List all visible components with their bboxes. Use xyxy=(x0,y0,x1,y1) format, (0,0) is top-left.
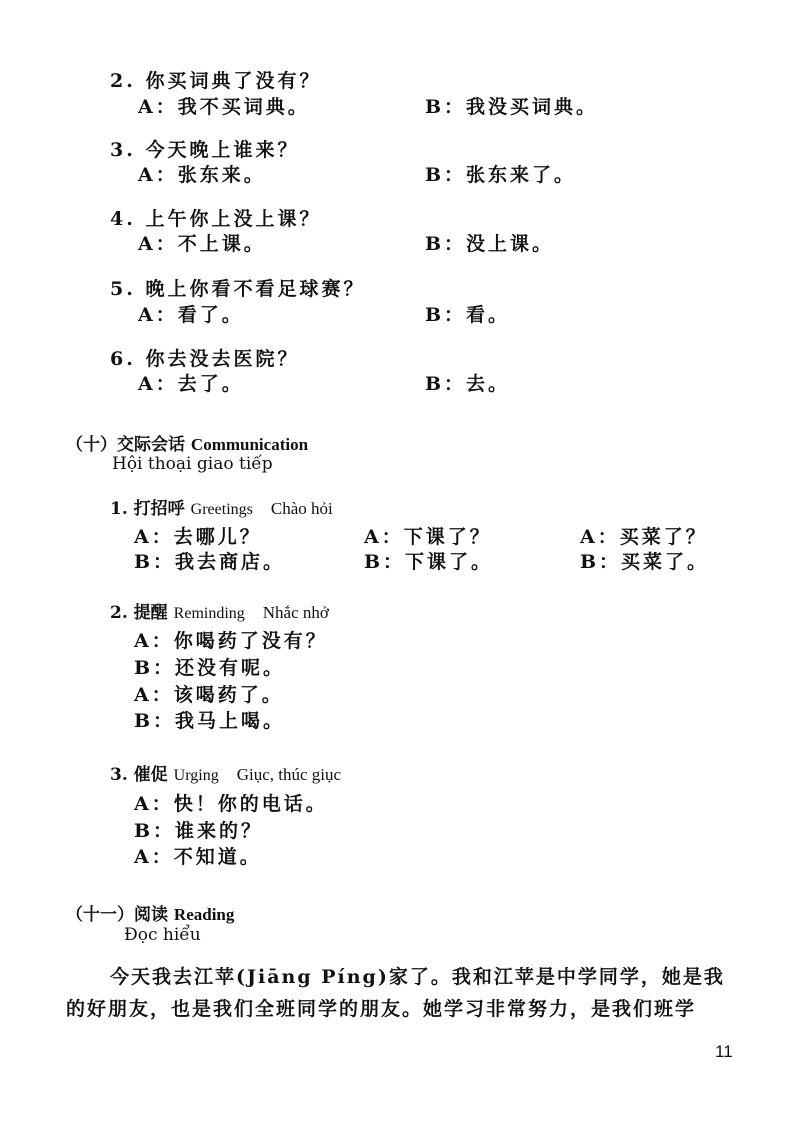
exercise-question: 3. 今天晚上谁来？ xyxy=(110,135,299,162)
answer-a: A：张东来。 xyxy=(138,160,266,187)
answer-a: A：看了。 xyxy=(138,300,244,327)
subtitle-vi: Giục, thúc giục xyxy=(237,765,341,784)
urging-line: A：快！你的电话。 xyxy=(134,789,328,816)
section-heading-vi: Hội thoại giao tiếp xyxy=(112,454,273,474)
subsection-greetings-title: 1. 打招呼GreetingsChào hỏi xyxy=(110,494,333,519)
exercise-question: 6. 你去没去医院？ xyxy=(110,344,299,371)
subtitle-en: Reminding xyxy=(174,605,245,622)
section-heading: （十）交际会话 Communication xyxy=(66,430,308,455)
greeting-2-a: A：下课了？ xyxy=(364,522,492,549)
exercise-question: 4. 上午你上没上课？ xyxy=(110,204,321,231)
subsection-reminding-title: 2. 提醒RemindingNhắc nhở xyxy=(110,598,329,623)
section-heading-en: Communication xyxy=(191,435,308,454)
exercise-question: 2. 你买词典了没有？ xyxy=(110,66,321,93)
greeting-2-b: B：下课了。 xyxy=(364,547,493,574)
subtitle-en: Urging xyxy=(174,767,219,784)
section-heading-cn: （十一）阅读 xyxy=(66,905,168,925)
subtitle-cn: 3. 催促 xyxy=(110,765,168,785)
section-heading-cn: （十）交际会话 xyxy=(66,435,185,455)
subtitle-cn: 1. 打招呼 xyxy=(110,499,185,519)
answer-b: B：张东来了。 xyxy=(425,160,576,187)
reminding-line: B：我马上喝。 xyxy=(134,706,285,733)
subtitle-cn: 2. 提醒 xyxy=(110,603,168,623)
subsection-urging-title: 3. 催促UrgingGiục, thúc giục xyxy=(110,760,341,785)
reading-paragraph-line: 今天我去江苹(Jiāng Píng)家了。我和江苹是中学同学，她是我 xyxy=(110,962,725,989)
answer-a: A：不上课。 xyxy=(138,229,266,256)
exercise-question: 5. 晚上你看不看足球赛？ xyxy=(110,274,365,301)
answer-b: B：看。 xyxy=(425,300,510,327)
greeting-3-b: B：买菜了。 xyxy=(580,547,709,574)
page-number: 11 xyxy=(715,1042,733,1062)
reminding-line: A：该喝药了。 xyxy=(134,680,284,707)
greeting-3-a: A：买菜了？ xyxy=(580,522,708,549)
section-heading-en: Reading xyxy=(174,905,234,924)
answer-a: A：我不买词典。 xyxy=(138,92,310,119)
answer-b: B：我没买词典。 xyxy=(425,92,598,119)
greeting-1-a: A：去哪儿？ xyxy=(134,522,262,549)
reading-paragraph-line: 的好朋友，也是我们全班同学的朋友。她学习非常努力，是我们班学 xyxy=(66,994,696,1021)
section-heading-vi: Đọc hiểu xyxy=(124,925,201,945)
greeting-1-b: B：我去商店。 xyxy=(134,547,285,574)
reminding-line: A：你喝药了没有？ xyxy=(134,626,328,653)
answer-a: A：去了。 xyxy=(138,369,244,396)
subtitle-vi: Nhắc nhở xyxy=(263,603,329,622)
reminding-line: B：还没有呢。 xyxy=(134,653,285,680)
section-heading: （十一）阅读 Reading xyxy=(66,900,234,925)
answer-b: B：去。 xyxy=(425,369,510,396)
urging-line: B：谁来的？ xyxy=(134,816,263,843)
urging-line: A：不知道。 xyxy=(134,842,262,869)
answer-b: B：没上课。 xyxy=(425,229,554,256)
subtitle-en: Greetings xyxy=(191,501,253,518)
subtitle-vi: Chào hỏi xyxy=(271,499,333,518)
